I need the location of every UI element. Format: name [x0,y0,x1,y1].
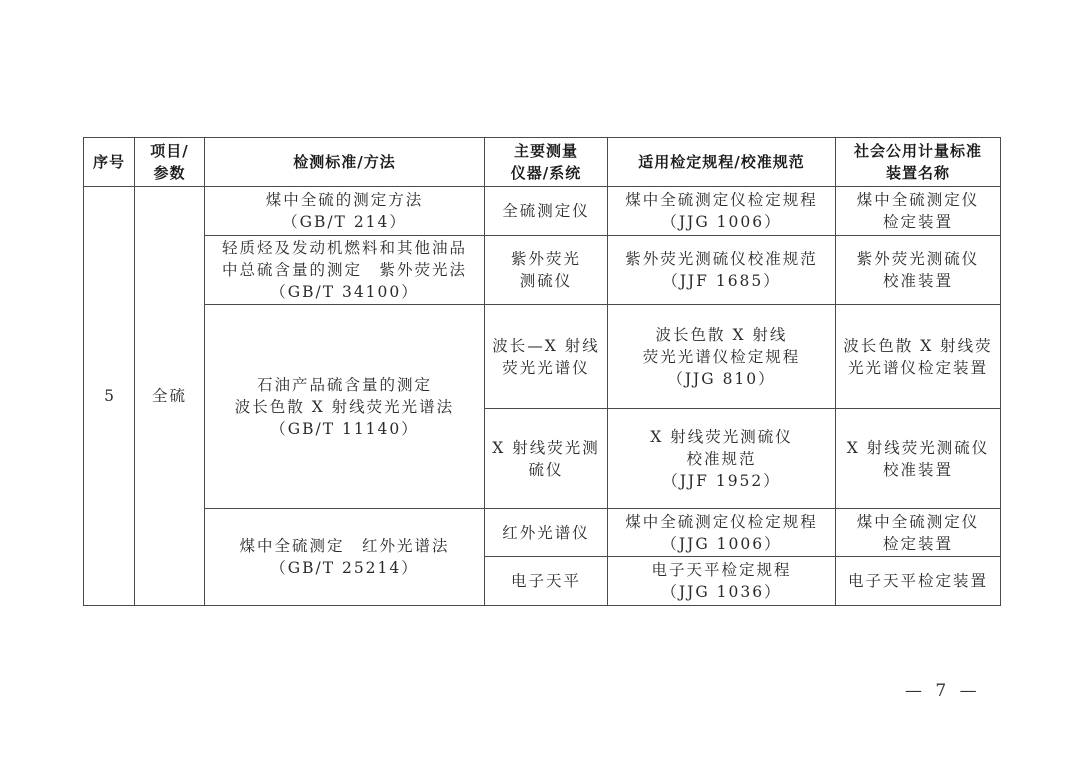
device-cell: 煤中全硫测定仪 检定装置 [836,187,1001,236]
instrument-cell: 全硫测定仪 [485,187,608,236]
regulation-cell: 电子天平检定规程 （JJG 1036） [608,557,836,606]
standard-cell: 煤中全硫的测定方法 （GB/T 214） [205,187,485,236]
regulation-cell: 煤中全硫测定仪检定规程 （JJG 1006） [608,509,836,557]
instrument-cell: 波长—X 射线 荧光光谱仪 [485,305,608,409]
seq-cell: 5 [84,187,135,606]
instrument-cell: 红外光谱仪 [485,509,608,557]
item-cell: 全硫 [135,187,205,606]
instrument-cell: X 射线荧光测 硫仪 [485,409,608,509]
standard-cell: 轻质烃及发动机燃料和其他油品 中总硫含量的测定 紫外荧光法 （GB/T 3410… [205,236,485,305]
device-cell: 电子天平检定装置 [836,557,1001,606]
standard-cell: 石油产品硫含量的测定 波长色散 X 射线荧光光谱法 （GB/T 11140） [205,305,485,509]
regulation-cell: 紫外荧光测硫仪校准规范 （JJF 1685） [608,236,836,305]
header-row: 序号 项目/ 参数 检测标准/方法 主要测量 仪器/系统 适用检定规程/校准规范… [84,138,1001,187]
table-row: 轻质烃及发动机燃料和其他油品 中总硫含量的测定 紫外荧光法 （GB/T 3410… [84,236,1001,305]
instrument-cell: 紫外荧光 测硫仪 [485,236,608,305]
header-seq: 序号 [84,138,135,187]
header-standard: 检测标准/方法 [205,138,485,187]
header-device: 社会公用计量标准 装置名称 [836,138,1001,187]
table-row: 煤中全硫测定 红外光谱法 （GB/T 25214） 红外光谱仪 煤中全硫测定仪检… [84,509,1001,557]
table-row: 5 全硫 煤中全硫的测定方法 （GB/T 214） 全硫测定仪 煤中全硫测定仪检… [84,187,1001,236]
table-row: 石油产品硫含量的测定 波长色散 X 射线荧光光谱法 （GB/T 11140） 波… [84,305,1001,409]
regulation-cell: 煤中全硫测定仪检定规程 （JJG 1006） [608,187,836,236]
device-cell: X 射线荧光测硫仪 校准装置 [836,409,1001,509]
instrument-cell: 电子天平 [485,557,608,606]
calibration-standards-table: 序号 项目/ 参数 检测标准/方法 主要测量 仪器/系统 适用检定规程/校准规范… [83,137,1001,606]
regulation-cell: 波长色散 X 射线 荧光光谱仪检定规程 （JJG 810） [608,305,836,409]
regulation-cell: X 射线荧光测硫仪 校准规范 （JJF 1952） [608,409,836,509]
header-regulation: 适用检定规程/校准规范 [608,138,836,187]
header-item: 项目/ 参数 [135,138,205,187]
page-number: — 7 — [905,681,981,701]
standard-cell: 煤中全硫测定 红外光谱法 （GB/T 25214） [205,509,485,606]
device-cell: 煤中全硫测定仪 检定装置 [836,509,1001,557]
header-instrument: 主要测量 仪器/系统 [485,138,608,187]
device-cell: 紫外荧光测硫仪 校准装置 [836,236,1001,305]
device-cell: 波长色散 X 射线荧 光光谱仪检定装置 [836,305,1001,409]
